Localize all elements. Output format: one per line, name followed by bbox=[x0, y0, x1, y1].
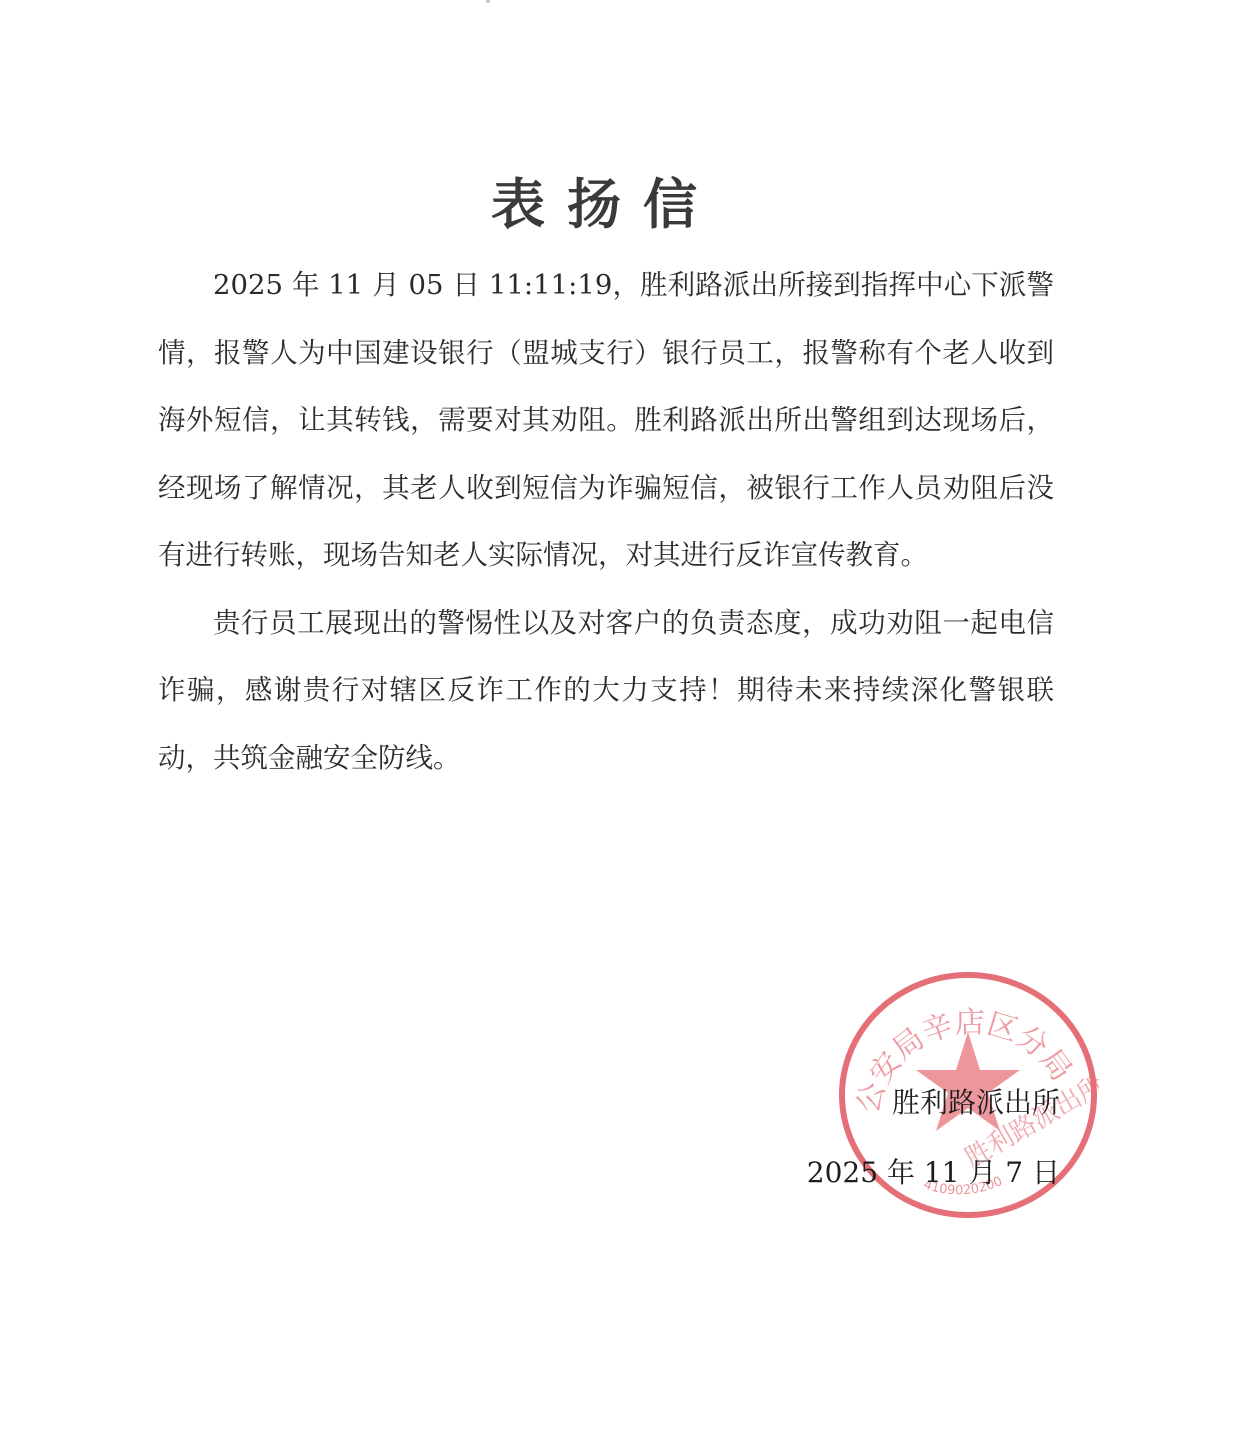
scan-speck bbox=[486, 0, 490, 3]
letter-title: 表扬信 bbox=[0, 162, 1210, 239]
paragraph-thanks: 贵行员工展现出的警惕性以及对客户的负责态度，成功劝阻一起电信诈骗，感谢贵行对辖区… bbox=[158, 590, 1054, 793]
letter-body: 2025 年 11 月 05 日 11:11:19，胜利路派出所接到指挥中心下派… bbox=[158, 252, 1054, 792]
signing-organization: 胜利路派出所 bbox=[807, 1068, 1060, 1138]
signing-date: 2025 年 11 月 7 日 bbox=[807, 1138, 1060, 1208]
letter-page: 表扬信 2025 年 11 月 05 日 11:11:19，胜利路派出所接到指挥… bbox=[0, 0, 1246, 1433]
paragraph-incident: 2025 年 11 月 05 日 11:11:19，胜利路派出所接到指挥中心下派… bbox=[158, 252, 1054, 590]
signature-block: 胜利路派出所 2025 年 11 月 7 日 bbox=[807, 1068, 1060, 1208]
